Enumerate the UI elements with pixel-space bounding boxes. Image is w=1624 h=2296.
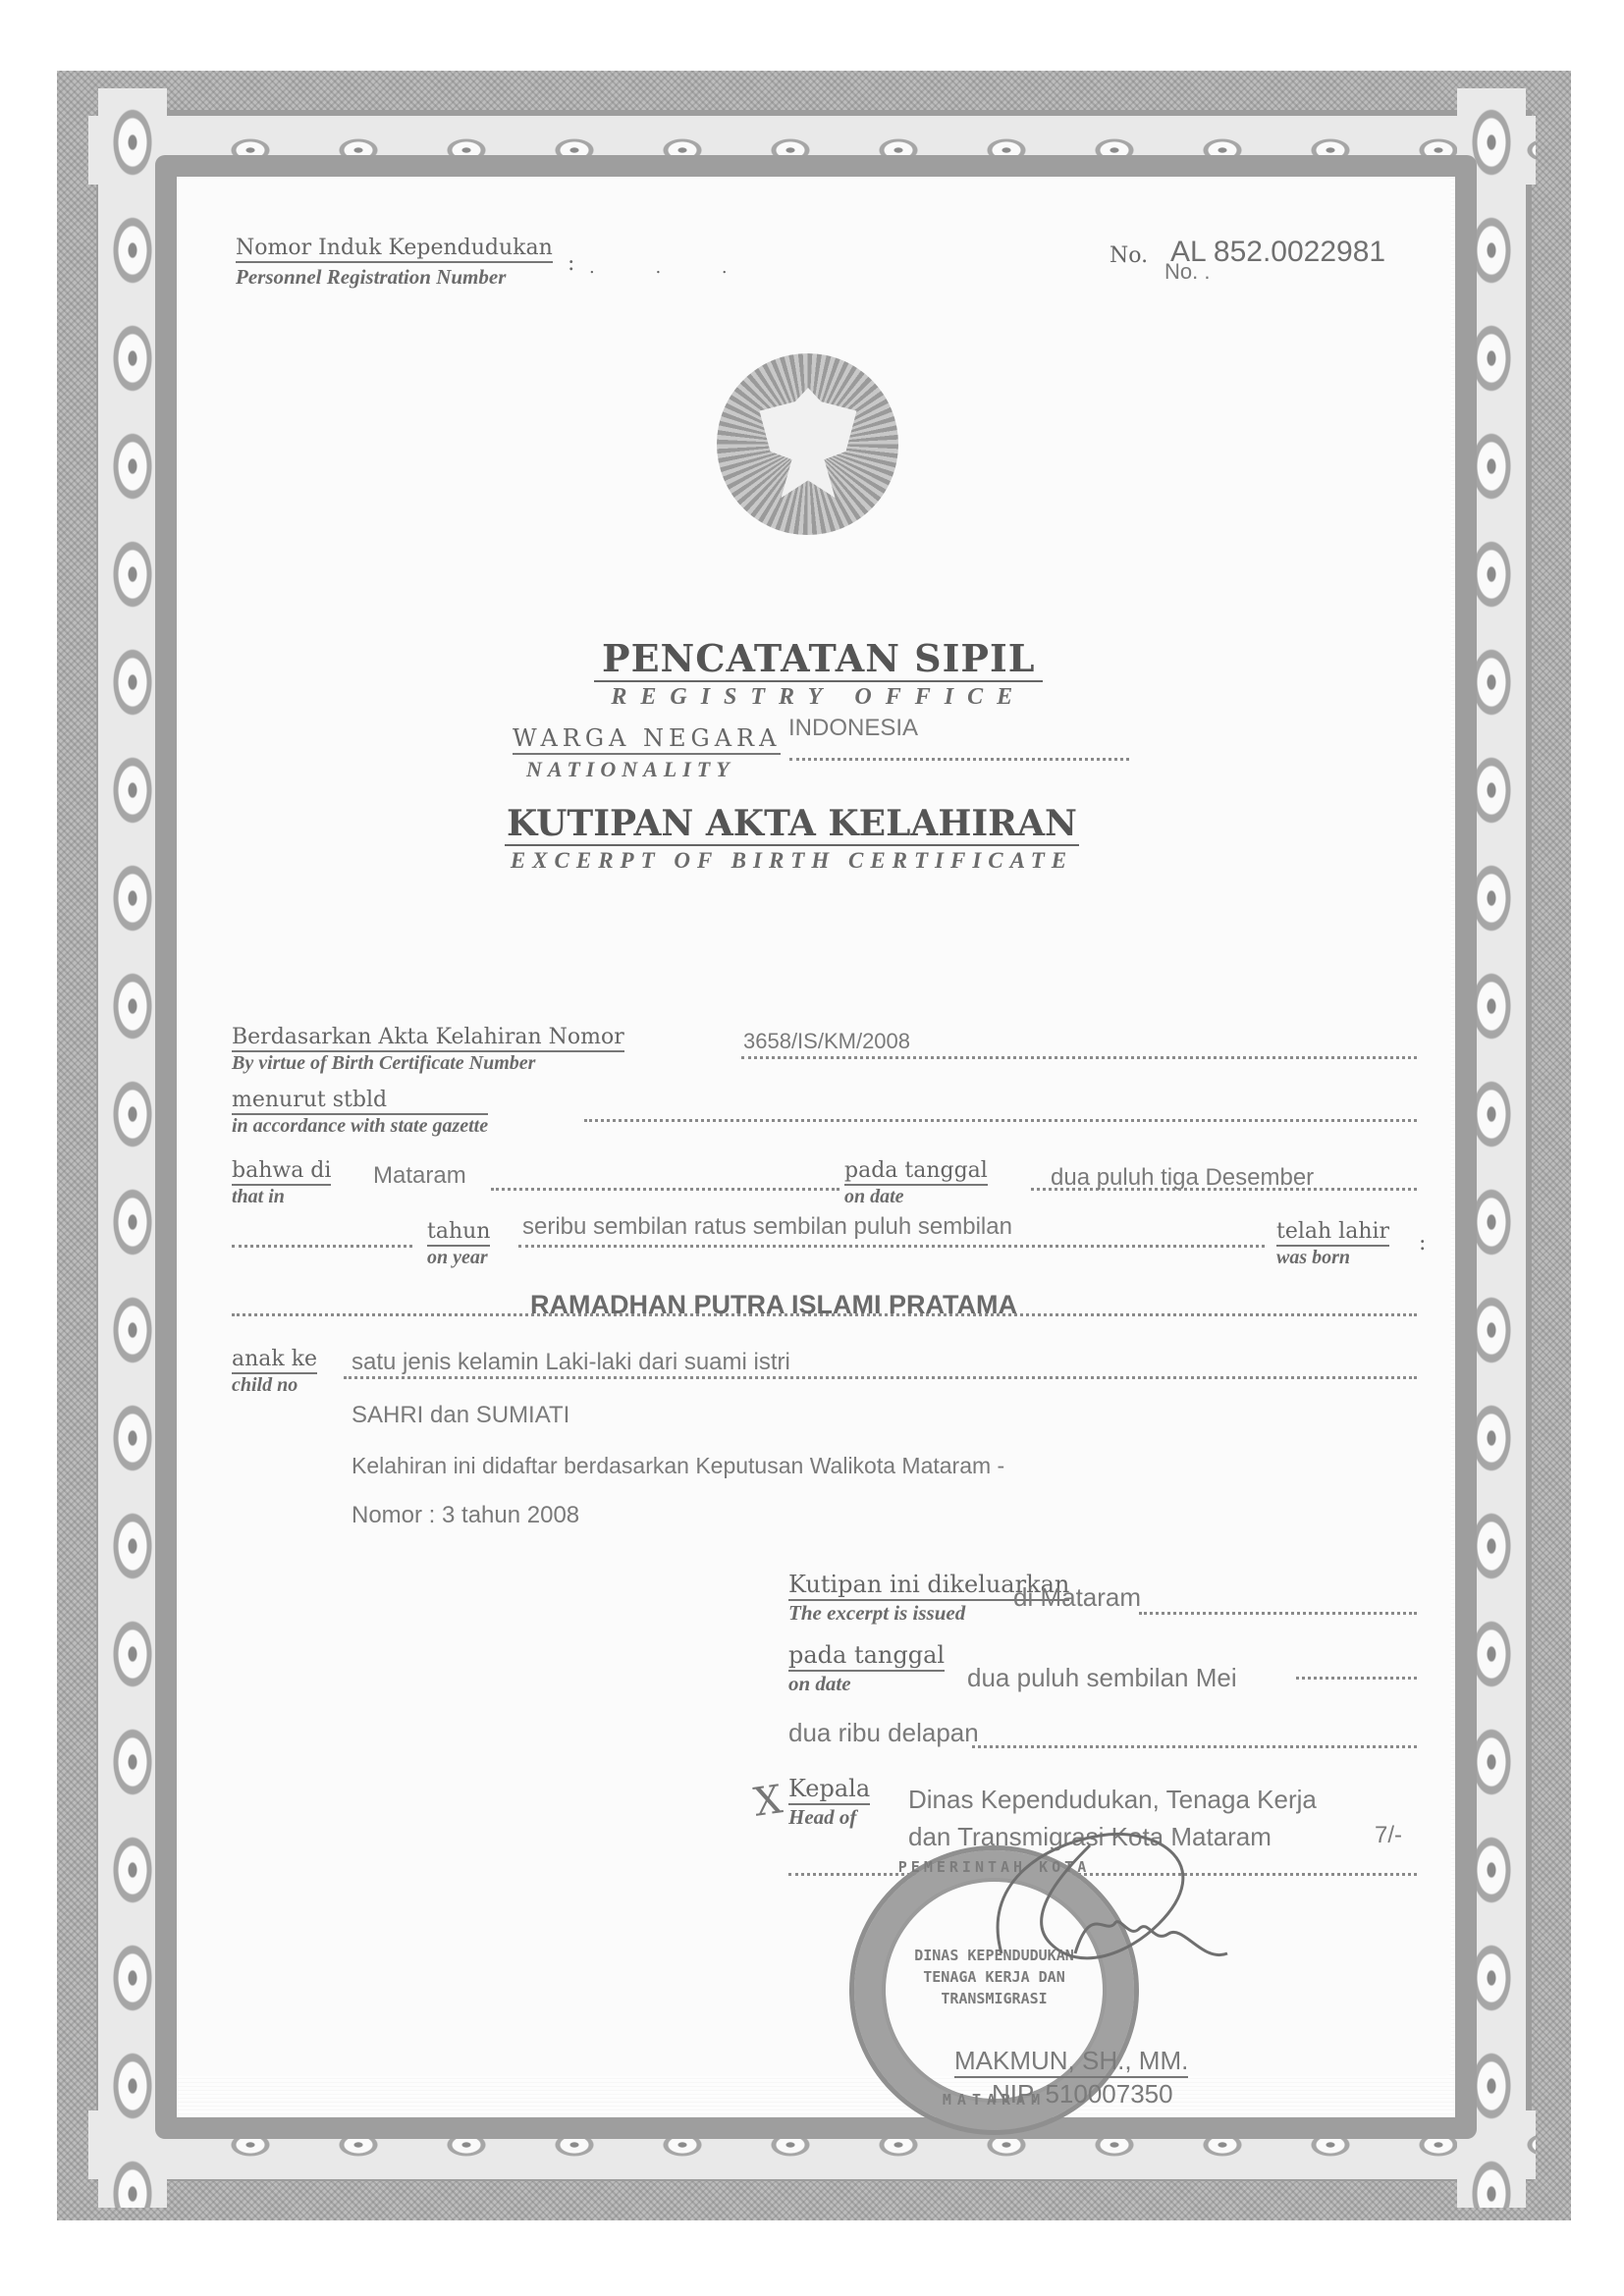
initials: 7/- (1375, 1822, 1402, 1849)
issued-place-value: di Mataram (1013, 1582, 1141, 1613)
nationality-label-en: NATIONALITY (526, 757, 781, 782)
parents-value: SAHRI dan SUMIATI (352, 1402, 569, 1429)
birth-place-dotline (491, 1188, 839, 1191)
issued-place-dotline (1139, 1612, 1417, 1615)
document-title-en: EXCERPT OF BIRTH CERTIFICATE (505, 848, 1079, 874)
child-no-field: anak ke child no (232, 1347, 317, 1397)
birth-date-label-en: on date (844, 1186, 988, 1208)
child-name: RAMADHAN PUTRA ISLAMI PRATAMA (530, 1290, 1017, 1320)
registration-decree: Nomor : 3 tahun 2008 (352, 1502, 579, 1529)
birth-place-label-en: that in (232, 1186, 331, 1208)
office-title-block: PENCATATAN SIPIL REGISTRY OFFICE (594, 636, 1043, 711)
serial-overprint: No. . (1164, 259, 1210, 285)
birth-year-label-en: on year (427, 1247, 490, 1269)
head-label-en: Head of (788, 1805, 870, 1830)
issued-date-field: pada tanggal on date (788, 1641, 945, 1696)
child-no-dotline (344, 1376, 1417, 1379)
nik-separator: : (568, 251, 574, 276)
office-title: PENCATATAN SIPIL (594, 636, 1043, 682)
certificate-number-dotline (741, 1056, 1417, 1059)
born-separator: : (1419, 1231, 1426, 1255)
child-no-label-en: child no (232, 1374, 317, 1397)
birth-year-field: tahun on year (427, 1219, 490, 1269)
stbld-label: menurut stbld (232, 1088, 488, 1115)
garuda-emblem-icon (717, 353, 898, 535)
child-no-label: anak ke (232, 1347, 317, 1374)
document-title: KUTIPAN AKTA KELAHIRAN (505, 803, 1079, 846)
year-leading-dotline (232, 1245, 412, 1248)
signature-icon (982, 1806, 1237, 1993)
official-nip: NIP. 510007350 (992, 2079, 1173, 2109)
issued-date-dotline (1296, 1677, 1417, 1680)
official-name: MAKMUN, SH., MM. (954, 2046, 1188, 2078)
birth-date-label: pada tanggal (844, 1158, 988, 1186)
child-no-value: satu jenis kelamin Laki-laki dari suami … (352, 1349, 790, 1376)
head-label: Kepala (788, 1775, 870, 1805)
nationality-dotline (789, 758, 1129, 761)
birth-date-field: pada tanggal on date (844, 1158, 988, 1208)
nationality-label: WARGA NEGARA (513, 724, 781, 755)
document-title-block: KUTIPAN AKTA KELAHIRAN EXCERPT OF BIRTH … (505, 803, 1079, 874)
nik-label: Nomor Induk Kependudukan (236, 236, 553, 263)
serial-label: No. (1110, 243, 1148, 268)
stbld-label-en: in accordance with state gazette (232, 1115, 488, 1138)
certificate-number-label: Berdasarkan Akta Kelahiran Nomor (232, 1025, 624, 1052)
certificate-number-label-en: By virtue of Birth Certificate Number (232, 1052, 624, 1075)
certificate-number-field: Berdasarkan Akta Kelahiran Nomor By virt… (232, 1025, 624, 1075)
issued-date-label: pada tanggal (788, 1641, 945, 1672)
born-field: telah lahir was born (1276, 1219, 1389, 1269)
birth-date-dotline (1031, 1188, 1417, 1191)
office-title-en: REGISTRY OFFICE (594, 684, 1043, 711)
registration-note: Kelahiran ini didaftar berdasarkan Keput… (352, 1453, 1004, 1479)
birth-year-label: tahun (427, 1219, 490, 1247)
born-label-en: was born (1276, 1247, 1389, 1269)
nik-value: . . . (589, 257, 755, 278)
birth-year-value: seribu sembilan ratus sembilan puluh sem… (522, 1213, 1012, 1241)
birth-place-value: Mataram (373, 1162, 466, 1190)
birth-place-label: bahwa di (232, 1158, 331, 1186)
issued-year-dotline (972, 1745, 1417, 1748)
certificate-number-value: 3658/IS/KM/2008 (743, 1029, 910, 1054)
birth-year-dotline (518, 1245, 1265, 1248)
stbld-field: menurut stbld in accordance with state g… (232, 1088, 488, 1138)
born-label: telah lahir (1276, 1219, 1389, 1247)
nationality-value: INDONESIA (788, 715, 918, 742)
issued-year-value: dua ribu delapan (788, 1718, 979, 1748)
nik-block: Nomor Induk Kependudukan Personnel Regis… (236, 236, 553, 290)
nik-label-en: Personnel Registration Number (236, 265, 553, 290)
nationality-block: WARGA NEGARA NATIONALITY (513, 724, 781, 782)
issued-date-label-en: on date (788, 1672, 945, 1696)
head-of-field: Kepala Head of (788, 1775, 870, 1830)
birth-place-field: bahwa di that in (232, 1158, 331, 1208)
issued-date-value: dua puluh sembilan Mei (967, 1663, 1237, 1693)
stbld-dotline (584, 1119, 1417, 1122)
